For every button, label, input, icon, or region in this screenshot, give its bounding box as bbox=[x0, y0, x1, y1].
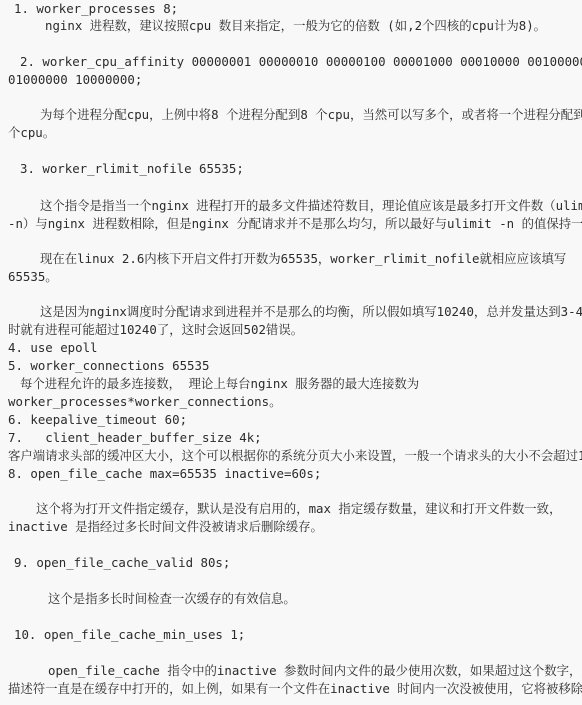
text-line: 这个指令是指当一个nginx 进程打开的最多文件描述符数目，理论值应该是最多打开… bbox=[40, 197, 582, 215]
text-line: 现在在linux 2.6内核下开启文件打开数为65535，worker_rlim… bbox=[40, 250, 566, 268]
text-line: 9. open_file_cache_valid 80s; bbox=[14, 554, 230, 572]
text-line: 2. worker_cpu_affinity 00000001 00000010… bbox=[20, 53, 582, 71]
text-line: 描述符一直是在缓存中打开的，如上例，如果有一个文件在inactive 时间内一次… bbox=[8, 680, 582, 698]
text-line: 为每个进程分配cpu，上例中将8 个进程分配到8 个cpu，当然可以写多个，或者… bbox=[40, 106, 582, 124]
text-line: 客户端请求头部的缓冲区大小，这个可以根据你的系统分页大小来设置，一般一个请求头的… bbox=[8, 447, 582, 465]
text-line: 个cpu。 bbox=[8, 124, 55, 142]
text-line: -n）与nginx 进程数相除，但是nginx 分配请求并不是那么均匀，所以最好… bbox=[8, 215, 582, 233]
text-line: 这个是指多长时间检查一次缓存的有效信息。 bbox=[48, 590, 296, 608]
text-line: 这是因为nginx调度时分配请求到进程并不是那么的均衡，所以假如填写10240，… bbox=[40, 303, 582, 321]
text-line: 时就有进程可能超过10240了，这时会返回502错误。 bbox=[8, 321, 303, 339]
text-line: 10. open_file_cache_min_uses 1; bbox=[14, 626, 245, 644]
text-line: 4. use epoll bbox=[8, 339, 98, 357]
text-line: 65535。 bbox=[8, 268, 58, 286]
text-line: worker_processes*worker_connections。 bbox=[8, 393, 281, 411]
text-line: 这个将为打开文件指定缓存，默认是没有启用的，max 指定缓存数量，建议和打开文件… bbox=[36, 500, 561, 518]
text-line: 8. open_file_cache max=65535 inactive=60… bbox=[8, 465, 321, 483]
text-line: 每个进程允许的最多连接数， 理论上每台nginx 服务器的最大连接数为 bbox=[20, 375, 419, 393]
text-line: open_file_cache 指令中的inactive 参数时间内文件的最少使… bbox=[48, 662, 582, 680]
text-line: nginx 进程数，建议按照cpu 数目来指定，一般为它的倍数 (如,2个四核的… bbox=[45, 17, 546, 35]
text-line: 5. worker_connections 65535 bbox=[8, 357, 209, 375]
text-line: 7. client_header_buffer_size 4k; bbox=[8, 429, 262, 447]
text-line: 1. worker_processes 8; bbox=[14, 0, 178, 18]
text-line: 01000000 10000000; bbox=[8, 71, 142, 89]
text-line: inactive 是指经过多长时间文件没被请求后删除缓存。 bbox=[8, 518, 323, 536]
text-line: 3. worker_rlimit_nofile 65535; bbox=[20, 160, 244, 178]
text-line: 6. keepalive_timeout 60; bbox=[8, 411, 187, 429]
